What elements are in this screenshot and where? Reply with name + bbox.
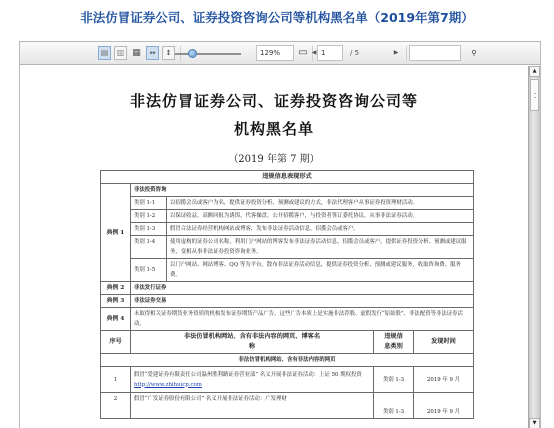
vertical-scrollbar[interactable]: ▲ ▼ <box>528 66 540 428</box>
violation-forms-header: 违规信息表现形式 <box>101 171 474 184</box>
scrollbar-thumb[interactable] <box>530 79 539 111</box>
entry-link[interactable]: http://www.zhihuicp.com <box>134 382 202 388</box>
zoom-slider-thumb[interactable] <box>188 49 197 58</box>
blacklist-table: 违规信息表现形式 典例 1 非法投资咨询 类别 1-1 以招揽会员或客户为名，提… <box>100 170 474 419</box>
typical-case-label: 典例 1 <box>101 184 131 282</box>
column-header-name: 非法仿冒机构网站、含有非法内容的网页、博客名称 <box>131 331 374 354</box>
viewer-toolbar: ▤ ▥ ▦ ↔ ↕ 129% ▭ ◀ 1 / 5 ▶ <box>20 42 540 65</box>
fit-width-icon: ↔ <box>150 47 156 59</box>
typical-case-description: 非法发行证券 <box>131 282 474 295</box>
table-row: 典例 4 未取得相关证券期货业务资质的机构发布证券期货产品广告，这些广告本质上是… <box>101 308 474 331</box>
category-code: 类别 1-4 <box>131 236 167 259</box>
entry-number: 2 <box>101 393 131 419</box>
entry-time: 2019 年 9 月 <box>414 393 474 419</box>
column-header-type: 违规信息类别 <box>374 331 414 354</box>
category-code: 类别 1-5 <box>131 259 167 282</box>
column-header-no: 序号 <box>101 331 131 354</box>
down-arrow-icon: ▼ <box>533 420 537 426</box>
category-code: 类别 1-2 <box>131 210 167 223</box>
category-description: 以门户网站、网站博客、QQ 等为平台，散布非法证券活动信息，提供证券投资分析、预… <box>167 259 474 282</box>
thumbnail-grid-button[interactable]: ▦ <box>130 46 143 60</box>
page-heading: 非法仿冒证券公司、证券投资咨询公司等机构黑名单（2019年第7期） <box>0 8 554 26</box>
typical-case-label: 典例 2 <box>101 282 131 295</box>
typical-case-description: 未取得相关证券期货业务资质的机构发布证券期货产品广告，这些广告本质上是实施非法荐… <box>131 308 474 331</box>
document-title-line1: 非法仿冒证券公司、证券投资咨询公司等 <box>20 90 528 111</box>
pdf-viewer: ▤ ▥ ▦ ↔ ↕ 129% ▭ ◀ 1 / 5 ▶ <box>19 41 541 428</box>
next-arrow-icon: ▶ <box>394 47 399 59</box>
table-header-row: 违规信息表现形式 <box>101 171 474 184</box>
typical-case-label: 典例 4 <box>101 308 131 331</box>
table-row: 类别 1-2 以保证收益、高额回报为诱饵，代客操盘，公开招揽客户，与投资者签订委… <box>101 210 474 223</box>
table-row: 2 假冒“广发证券股份有限公司” 名义开展非法证券活动：广发理财 类别 1-3 … <box>101 393 474 419</box>
fit-width-button[interactable]: ↔ <box>146 46 159 60</box>
table-row: 1 假冒“爱建证券有限责任公司温州胜利路证券营业部” 名义开展非法证券活动：上证… <box>101 367 474 393</box>
next-page-button[interactable]: ▶ <box>392 46 400 60</box>
single-page-view-button[interactable]: ▤ <box>98 46 111 60</box>
typical-case-label: 典例 3 <box>101 295 131 308</box>
fit-height-button[interactable]: ↕ <box>162 46 175 60</box>
typical-case-description: 非法证券交易 <box>131 295 474 308</box>
section-label: 非法仿冒机构网站、含有非法内容的网页 <box>101 354 474 367</box>
search-icon: ⚲ <box>471 47 476 59</box>
entry-number: 1 <box>101 367 131 393</box>
table-row: 类别 1-1 以招揽会员或客户为名，提供证券投资分析、预测或建议的方式，非法代理… <box>101 197 474 210</box>
category-description: 假冒合法证券经营机构网站或博客，发布非法证券活动信息，招揽会员或客户。 <box>167 223 474 236</box>
fullscreen-button[interactable]: ▭ <box>297 46 309 60</box>
category-code: 类别 1-1 <box>131 197 167 210</box>
prev-arrow-icon: ◀ <box>312 47 317 59</box>
document-issue: （2019 年第 7 期） <box>20 150 528 165</box>
category-code: 类别 1-3 <box>131 223 167 236</box>
category-description: 以保证收益、高额回报为诱饵，代客操盘，公开招揽客户，与投资者签订委托协议，从事非… <box>167 210 474 223</box>
entry-type: 类别 1-3 <box>374 367 414 393</box>
table-row: 典例 1 非法投资咨询 <box>101 184 474 197</box>
grip-icon <box>534 93 536 98</box>
table-row: 类别 1-5 以门户网站、网站博客、QQ 等为平台，散布非法证券活动信息，提供证… <box>101 259 474 282</box>
zoom-slider-track[interactable] <box>175 53 241 55</box>
column-header-time: 发现时间 <box>414 331 474 354</box>
entry-name-text: 假冒“爱建证券有限责任公司温州胜利路证券营业部” 名义开展非法证券活动：上证 5… <box>134 372 362 378</box>
thumbnail-grid-icon: ▦ <box>132 47 141 59</box>
category-description: 以招揽会员或客户为名，提供证券投资分析、预测或建议的方式，非法代理客户从事证券投… <box>167 197 474 210</box>
document-page[interactable]: 非法仿冒证券公司、证券投资咨询公司等 机构黑名单 （2019 年第 7 期） 违… <box>20 66 528 428</box>
document-title-line2: 机构黑名单 <box>20 118 528 139</box>
section-row: 非法仿冒机构网站、含有非法内容的网页 <box>101 354 474 367</box>
entry-name: 假冒“广发证券股份有限公司” 名义开展非法证券活动：广发理财 <box>131 393 374 419</box>
table-row: 典例 2 非法发行证券 <box>101 282 474 295</box>
two-page-view-button[interactable]: ▥ <box>114 46 127 60</box>
subheading: 非法投资咨询 <box>131 184 474 197</box>
page-total-label: / 5 <box>350 46 359 60</box>
toolbar-divider <box>406 46 407 61</box>
table-row: 类别 1-3 假冒合法证券经营机构网站或博客，发布非法证券活动信息，招揽会员或客… <box>101 223 474 236</box>
fit-height-icon: ↕ <box>166 47 172 59</box>
two-page-view-icon: ▥ <box>117 47 125 59</box>
list-header-row: 序号 非法仿冒机构网站、含有非法内容的网页、博客名称 违规信息类别 发现时间 <box>101 331 474 354</box>
single-page-view-icon: ▤ <box>101 47 109 59</box>
table-row: 典例 3 非法证券交易 <box>101 295 474 308</box>
monitor-icon: ▭ <box>298 47 307 59</box>
search-button[interactable]: ⚲ <box>468 46 480 60</box>
zoom-level-field[interactable]: 129% <box>256 45 294 61</box>
entry-time: 2019 年 9 月 <box>414 367 474 393</box>
entry-name: 假冒“爱建证券有限责任公司温州胜利路证券营业部” 名义开展非法证券活动：上证 5… <box>131 367 374 393</box>
entry-type: 类别 1-3 <box>374 393 414 419</box>
search-input[interactable] <box>409 45 461 61</box>
page-number-input[interactable]: 1 <box>317 45 343 61</box>
up-arrow-icon: ▲ <box>533 68 537 74</box>
scroll-up-button[interactable]: ▲ <box>529 66 540 77</box>
scroll-down-button[interactable]: ▼ <box>529 418 540 428</box>
category-description: 使用虚构的证券公司名称，利用门户网站的博客发布非法证券活动信息，招揽会员或客户，… <box>167 236 474 259</box>
table-row: 类别 1-4 使用虚构的证券公司名称，利用门户网站的博客发布非法证券活动信息，招… <box>101 236 474 259</box>
